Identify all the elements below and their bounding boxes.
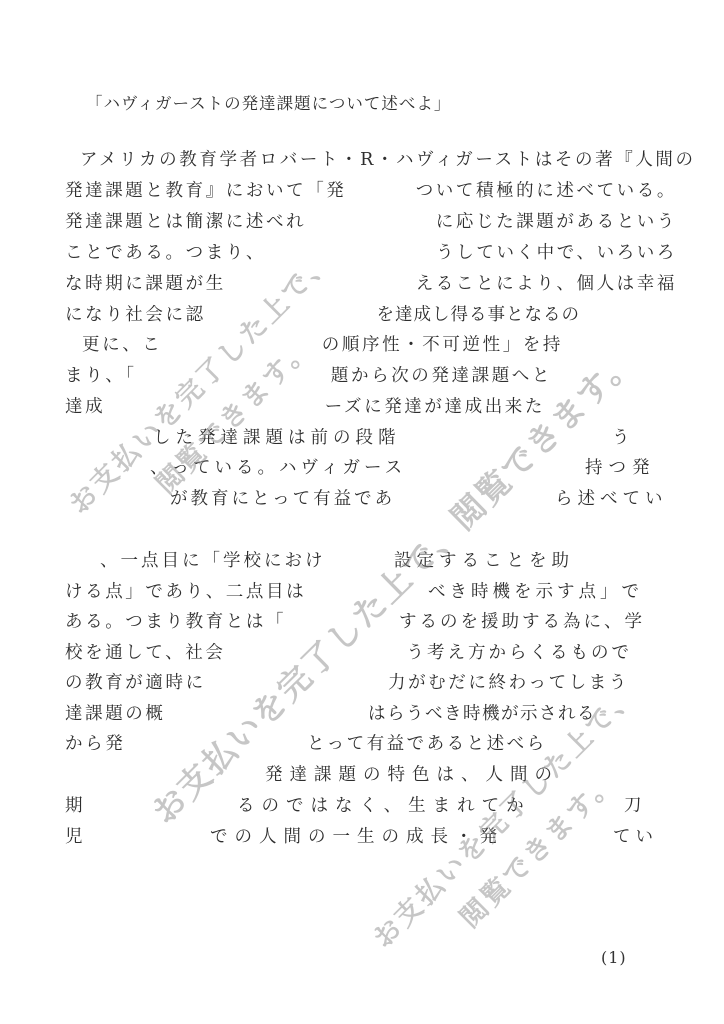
text-fragment: 校を通して、社会 (65, 643, 225, 663)
text-fragment: 更に、こ (82, 335, 162, 355)
text-fragment: ことである。つまり、 (65, 243, 266, 263)
text-fragment: 期 (65, 796, 85, 816)
text-fragment: 刀 (624, 796, 644, 816)
text-fragment: に応じた課題があるという (436, 212, 677, 232)
text-fragment: での人間の一生の成長・発 (210, 827, 504, 847)
text-fragment: 持つ発 (585, 458, 656, 478)
text-fragment: うしていく中で、いろいろ (436, 243, 677, 263)
text-fragment: の教育が適時に (65, 673, 206, 693)
text-fragment: るのではなく、生まれてか (237, 796, 531, 816)
text-fragment: 発達課題とは簡潔に述べれ (65, 212, 306, 232)
text-fragment: 題から次の発達課題へと (331, 366, 552, 386)
text-fragment: な時期に課題が生 (65, 274, 226, 294)
text-fragment: から発 (65, 734, 125, 754)
text-fragment: はらうべき時機が示される (368, 704, 596, 724)
text-fragment: アメリカの教育学者ロバート・R・ハヴィガーストはその著『人間の (80, 150, 696, 170)
text-fragment: う (612, 428, 632, 448)
text-fragment: 、一点目に「学校におけ (100, 551, 326, 571)
text-fragment: ついて積極的に述べている。 (416, 181, 677, 201)
text-fragment: になり社会に認 (65, 305, 206, 325)
text-fragment: を達成し得る事となるの (377, 305, 581, 325)
text-fragment: するのを援助する為に、学 (399, 612, 645, 632)
text-fragment: 発達課題の特色は、人間の (265, 765, 559, 785)
text-fragment: えることにより、個人は幸福 (416, 274, 677, 294)
document-title: 「ハヴィガーストの発達課題について述べよ」 (86, 90, 451, 114)
text-fragment: ら述べてい (555, 489, 668, 509)
text-fragment: 達課題の概 (65, 704, 166, 724)
text-fragment: 力がむだに終わってしまう (388, 673, 629, 693)
page: 「ハヴィガーストの発達課題について述べよ」 アメリカの教育学者ロバート・R・ハヴ… (0, 0, 724, 1024)
text-fragment: した発達課題は前の段階 (153, 428, 401, 448)
text-fragment: 設定することを助 (394, 551, 574, 571)
text-fragment: 、っている。ハヴィガース (150, 458, 406, 478)
text-fragment: ある。つまり教育とは「 (65, 612, 286, 632)
text-fragment: 達成 (65, 397, 105, 417)
text-fragment: べき時機を示す点」で (428, 582, 643, 602)
text-fragment: てい (613, 827, 658, 847)
text-fragment: 児 (65, 827, 85, 847)
text-fragment: 発達課題と教育』において「発 (65, 181, 346, 201)
text-fragment: の順序性・不可逆性」を持 (322, 335, 563, 355)
document-text: 「ハヴィガーストの発達課題について述べよ」 アメリカの教育学者ロバート・R・ハヴ… (0, 0, 724, 1024)
text-fragment: が教育にとって有益であ (170, 489, 395, 509)
text-fragment: ーズに発達が達成出来た (325, 397, 545, 417)
text-fragment: とって有益であると述べら (307, 734, 547, 754)
text-fragment: ける点」であり、二点目は (65, 582, 306, 602)
text-fragment: う考え方からくるもので (407, 643, 633, 663)
text-fragment: まり、「 (65, 366, 137, 386)
